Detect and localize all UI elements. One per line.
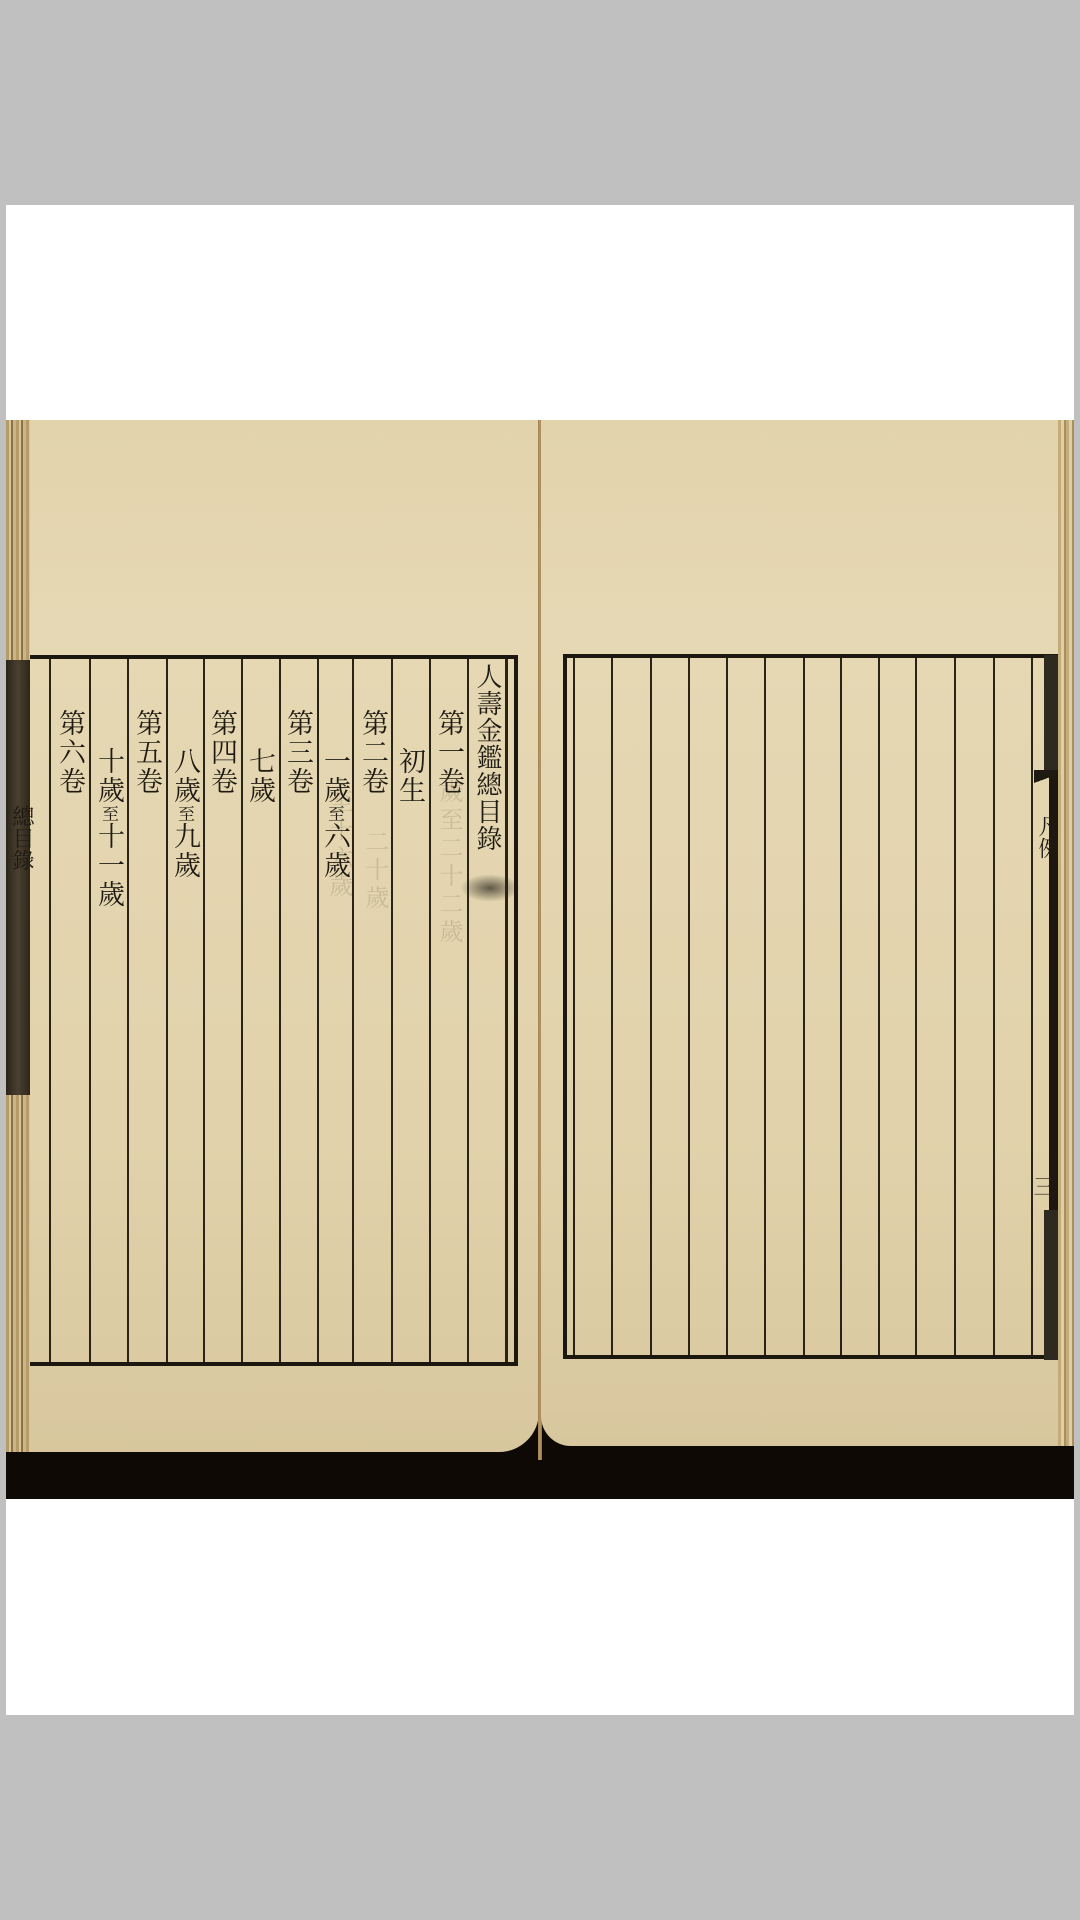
left-page: 總目錄 歲至二十二歲 至十六歲 二十歲 人壽金鑑總目錄 第一卷 初生 xyxy=(6,420,539,1452)
book-scan-image: 總目錄 歲至二十二歲 至十六歲 二十歲 人壽金鑑總目錄 第一卷 初生 xyxy=(6,420,1074,1499)
toc-subtitle-3: 七歲 xyxy=(244,747,274,805)
toc-volume-1[interactable]: 第一卷 xyxy=(433,709,463,796)
toc-subtitle-2: 一歲 至 六歲 xyxy=(319,747,349,880)
toc-subtitle-5: 十歲 至 十一歲 xyxy=(93,747,123,909)
toc-subtitle-4: 八歲 至 九歲 xyxy=(169,747,199,880)
ink-smudge xyxy=(460,874,520,902)
toc-volume-3[interactable]: 第三卷 xyxy=(282,709,312,796)
page-number: 三 xyxy=(1027,1175,1058,1197)
binding-shadow xyxy=(6,660,30,1095)
left-page-frame: 歲至二十二歲 至十六歲 二十歲 人壽金鑑總目錄 第一卷 初生 第二卷 一歲 至 … xyxy=(30,655,518,1366)
toc-volume-2[interactable]: 第二卷 xyxy=(357,709,387,796)
toc-subtitle-1: 初生 xyxy=(394,747,424,805)
toc-volume-4[interactable]: 第四卷 xyxy=(206,709,236,796)
toc-volume-5[interactable]: 第五卷 xyxy=(131,709,161,796)
show-through-text: 歲至二十二歲 xyxy=(432,779,467,947)
fishtail-mark xyxy=(1034,770,1056,788)
fore-edge-label: 凡例 xyxy=(1036,815,1058,859)
right-page-frame xyxy=(563,654,1063,1359)
spine-label: 總目錄 xyxy=(10,805,32,871)
toc-volume-6[interactable]: 第六卷 xyxy=(54,709,84,796)
page-stack-edge xyxy=(1058,420,1074,1446)
show-through-text: 二十歲 xyxy=(358,829,393,913)
right-page: 凡例 三 xyxy=(541,420,1074,1446)
page-title: 人壽金鑑總目錄 xyxy=(472,663,502,852)
